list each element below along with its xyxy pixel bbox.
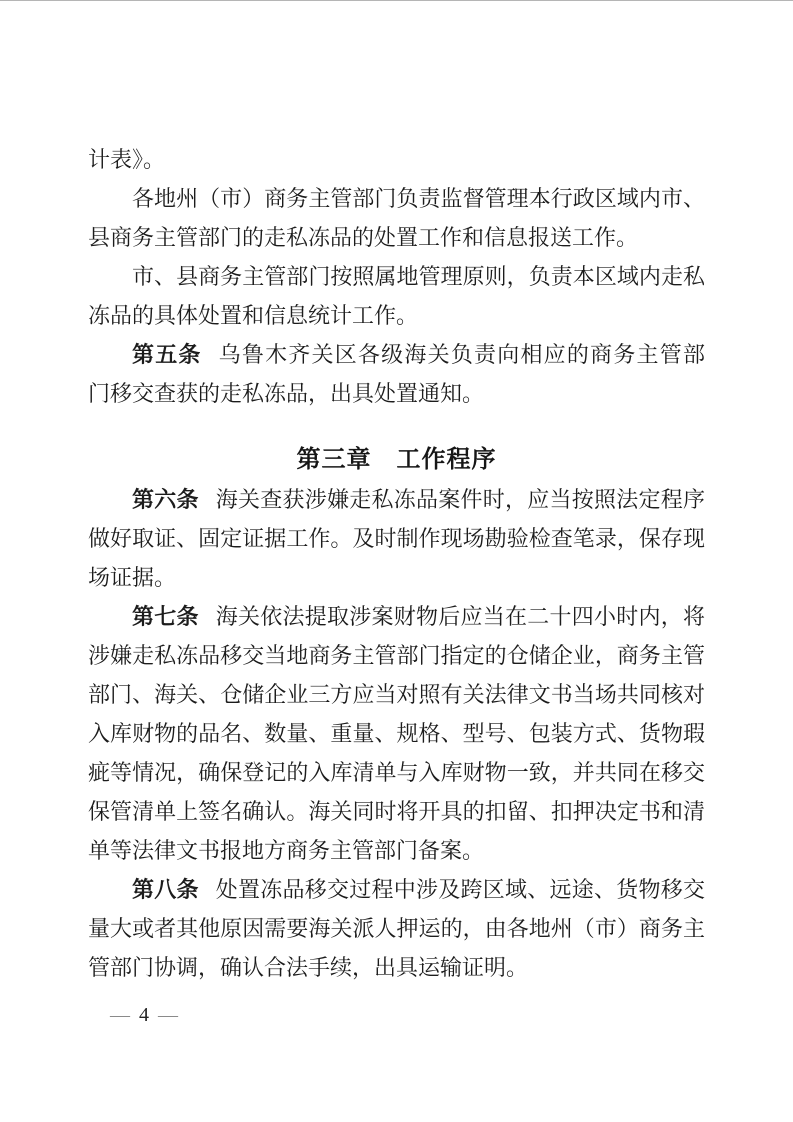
article-line: 第八条处置冻品移交过程中涉及跨区域、远途、货物移交	[88, 870, 705, 909]
article-text: 处置冻品移交过程中涉及跨区域、远途、货物移交	[216, 877, 705, 902]
document-line: 入库财物的品名、数量、重量、规格、型号、包装方式、货物瑕	[88, 714, 705, 753]
article-number: 第八条	[132, 877, 199, 902]
article-line: 第六条海关查获涉嫌走私冻品案件时，应当按照法定程序	[88, 480, 705, 519]
document-line: 单等法律文书报地方商务主管部门备案。	[88, 831, 705, 870]
document-line: 场证据。	[88, 558, 705, 597]
document-line: 管部门协调，确认合法手续，出具运输证明。	[88, 948, 705, 987]
article-text: 乌鲁木齐关区各级海关负责向相应的商务主管部	[219, 342, 705, 367]
document-body: 计表》。 各地州（市）商务主管部门负责监督管理本行政区域内市、 县商务主管部门的…	[88, 140, 705, 987]
document-line: 计表》。	[88, 140, 705, 179]
page-number: 4	[139, 1004, 149, 1026]
document-page: 计表》。 各地州（市）商务主管部门负责监督管理本行政区域内市、 县商务主管部门的…	[0, 0, 793, 1122]
article-text: 海关查获涉嫌走私冻品案件时，应当按照法定程序	[216, 487, 705, 512]
article-line: 第五条乌鲁木齐关区各级海关负责向相应的商务主管部	[88, 335, 705, 374]
document-line: 各地州（市）商务主管部门负责监督管理本行政区域内市、	[88, 179, 705, 218]
chapter-heading: 第三章 工作程序	[88, 440, 705, 480]
article-number: 第六条	[132, 487, 199, 512]
document-line: 做好取证、固定证据工作。及时制作现场勘验检查笔录，保存现	[88, 519, 705, 558]
article-number: 第七条	[132, 604, 199, 629]
page-top-edge	[0, 0, 793, 1]
page-footer: —4—	[110, 1000, 178, 1030]
footer-dash-left: —	[110, 1004, 130, 1026]
document-line: 量大或者其他原因需要海关派人押运的，由各地州（市）商务主	[88, 909, 705, 948]
article-text: 海关依法提取涉案财物后应当在二十四小时内，将	[216, 604, 705, 629]
document-line: 门移交查获的走私冻品，出具处置通知。	[88, 374, 705, 413]
article-line: 第七条海关依法提取涉案财物后应当在二十四小时内，将	[88, 597, 705, 636]
document-line: 部门、海关、仓储企业三方应当对照有关法律文书当场共同核对	[88, 675, 705, 714]
document-line: 市、县商务主管部门按照属地管理原则，负责本区域内走私	[88, 257, 705, 296]
document-line: 涉嫌走私冻品移交当地商务主管部门指定的仓储企业，商务主管	[88, 636, 705, 675]
document-line: 冻品的具体处置和信息统计工作。	[88, 296, 705, 335]
footer-dash-right: —	[158, 1004, 178, 1026]
document-line: 保管清单上签名确认。海关同时将开具的扣留、扣押决定书和清	[88, 792, 705, 831]
article-number: 第五条	[132, 342, 202, 367]
document-line: 县商务主管部门的走私冻品的处置工作和信息报送工作。	[88, 218, 705, 257]
document-line: 疵等情况，确保登记的入库清单与入库财物一致，并共同在移交	[88, 753, 705, 792]
